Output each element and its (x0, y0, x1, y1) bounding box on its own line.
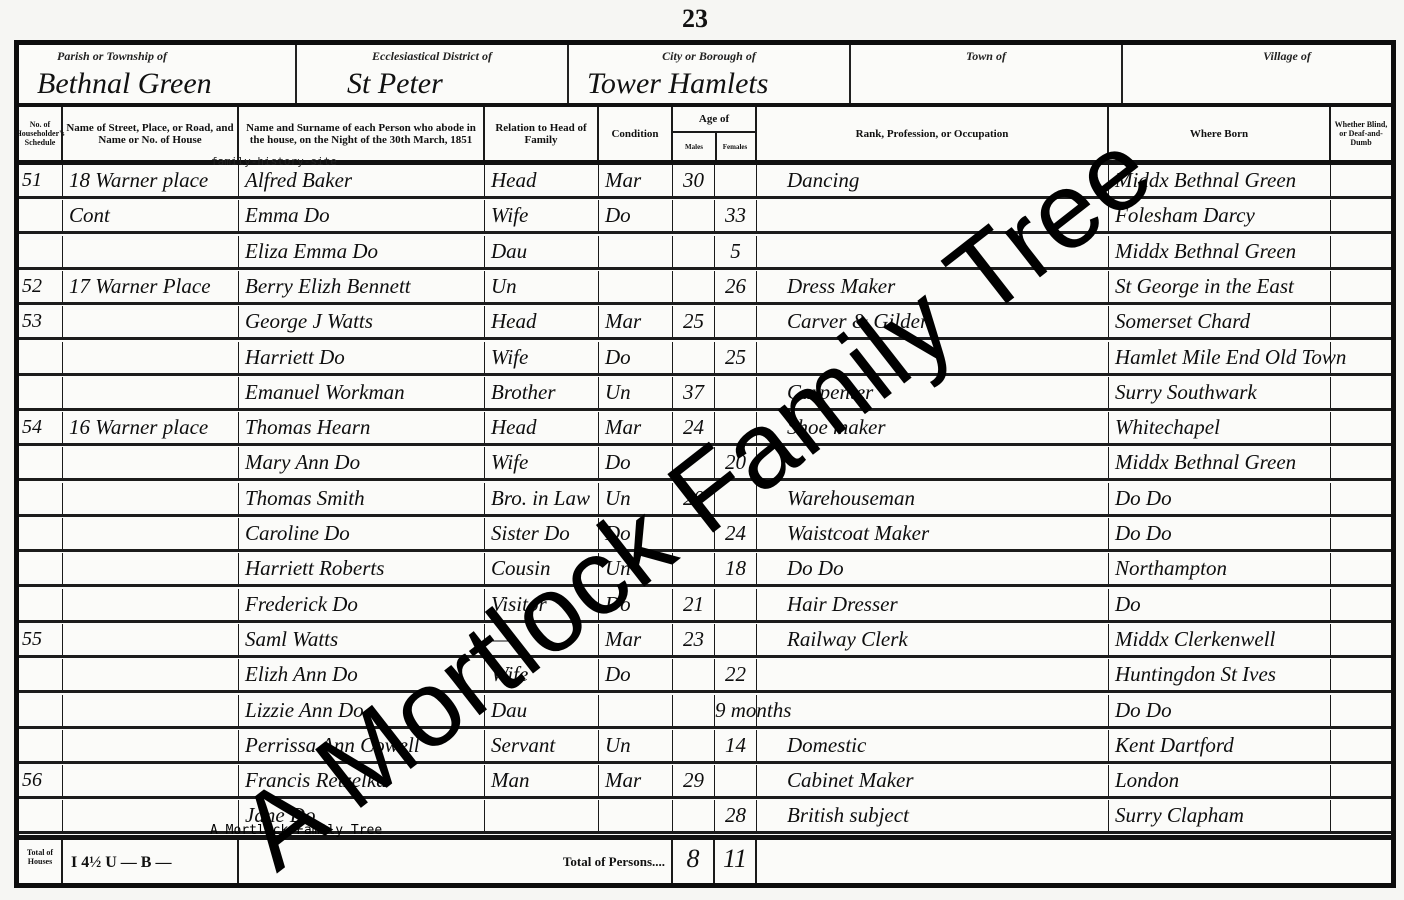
blind-deaf-cell (1331, 765, 1391, 796)
blind-deaf-cell (1331, 377, 1391, 408)
watermark-small: A Mortlock Family Tree (210, 823, 382, 838)
table-row: Mary Ann DoWifeDo20Middx Bethnal Green (19, 447, 1391, 481)
address-cell: Cont (63, 200, 239, 231)
address-cell (63, 730, 239, 761)
condition-cell: Do (599, 342, 673, 373)
table-row: 5217 Warner PlaceBerry Elizh BennettUn26… (19, 271, 1391, 305)
occupation-cell: Warehouseman (757, 483, 1109, 514)
address-cell (63, 377, 239, 408)
age-female-cell (715, 624, 757, 655)
schedule-number-cell (19, 553, 63, 584)
schedule-number-cell (19, 483, 63, 514)
col-blind-deaf: Whether Blind, or Deaf-and-Dumb (1331, 107, 1391, 160)
age-male-cell: 30 (673, 165, 715, 196)
person-name-cell: Frederick Do (239, 589, 485, 620)
condition-cell: Mar (599, 412, 673, 443)
occupation-cell: Cabinet Maker (757, 765, 1109, 796)
blind-deaf-cell (1331, 236, 1391, 267)
blind-deaf-cell (1331, 624, 1391, 655)
blind-deaf-cell (1331, 165, 1391, 196)
borough-label: City or Borough of (569, 49, 849, 64)
col-age-of: Age of (673, 107, 755, 133)
condition-cell: Mar (599, 306, 673, 337)
condition-cell: Do (599, 447, 673, 478)
condition-cell (599, 695, 673, 726)
occupation-cell: Shoe maker (757, 412, 1109, 443)
occupation-cell: Dancing (757, 165, 1109, 196)
village-cell: Village of (1123, 45, 1391, 103)
age-female-cell: 20 (715, 447, 757, 478)
where-born-cell: London (1109, 765, 1331, 796)
relation-to-head-cell: Servant (485, 730, 599, 761)
person-name-cell: Lizzie Ann Do (239, 695, 485, 726)
col-name: Name and Surname of each Person who abod… (239, 107, 485, 160)
address-cell (63, 624, 239, 655)
condition-cell: Do (599, 659, 673, 690)
schedule-number-cell (19, 447, 63, 478)
address-cell (63, 236, 239, 267)
occupation-cell (757, 695, 1109, 726)
age-male-cell (673, 800, 715, 831)
age-female-cell (715, 165, 757, 196)
footer-blank (757, 840, 1391, 883)
blind-deaf-cell (1331, 271, 1391, 302)
condition-cell: Mar (599, 765, 673, 796)
ecclesiastical-value: St Peter (347, 67, 443, 101)
age-female-cell (715, 589, 757, 620)
blind-deaf-cell (1331, 730, 1391, 761)
relation-to-head-cell (485, 800, 599, 831)
relation-to-head-cell: Wife (485, 447, 599, 478)
blind-deaf-cell (1331, 659, 1391, 690)
watermark-tiny: family-history-site (211, 155, 337, 168)
condition-cell: Un (599, 483, 673, 514)
age-female-cell: 9 months (715, 695, 757, 726)
age-female-cell: 14 (715, 730, 757, 761)
age-male-cell: 23 (673, 624, 715, 655)
where-born-cell: Surry Southwark (1109, 377, 1331, 408)
total-houses-label: Total of Houses (19, 840, 63, 883)
age-male-cell: 37 (673, 377, 715, 408)
col-where-born: Where Born (1109, 107, 1331, 160)
table-row: 53George J WattsHeadMar25Carver & Gilder… (19, 306, 1391, 340)
table-row: Emanuel WorkmanBrotherUn37CarpenterSurry… (19, 377, 1391, 411)
total-males: 8 (673, 840, 715, 883)
blind-deaf-cell (1331, 412, 1391, 443)
address-cell (63, 483, 239, 514)
person-name-cell: Perrissa Ann Cowell (239, 730, 485, 761)
blind-deaf-cell (1331, 518, 1391, 549)
occupation-cell: Carver & Gilder (757, 306, 1109, 337)
occupation-cell: Waistcoat Maker (757, 518, 1109, 549)
where-born-cell: Kent Dartford (1109, 730, 1331, 761)
occupation-cell: Hair Dresser (757, 589, 1109, 620)
age-female-cell (715, 483, 757, 514)
schedule-number-cell: 55 (19, 624, 63, 655)
condition-cell: Un (599, 553, 673, 584)
age-female-cell: 33 (715, 200, 757, 231)
age-male-cell (673, 200, 715, 231)
total-females: 11 (715, 840, 757, 883)
col-age: Age of Males Females (673, 107, 757, 160)
age-male-cell (673, 342, 715, 373)
occupation-cell (757, 342, 1109, 373)
relation-to-head-cell: Head (485, 306, 599, 337)
town-cell: Town of (851, 45, 1123, 103)
col-age-males: Males (673, 133, 717, 160)
schedule-number-cell (19, 342, 63, 373)
table-row: 55Saml Watts—Mar23Railway ClerkMiddx Cle… (19, 624, 1391, 658)
condition-cell: Do (599, 589, 673, 620)
schedule-number-cell (19, 659, 63, 690)
occupation-cell: Carpenter (757, 377, 1109, 408)
schedule-number-cell (19, 200, 63, 231)
district-band: Parish or Township of Bethnal Green Eccl… (19, 45, 1391, 107)
blind-deaf-cell (1331, 306, 1391, 337)
blind-deaf-cell (1331, 695, 1391, 726)
occupation-cell: Dress Maker (757, 271, 1109, 302)
age-male-cell (673, 236, 715, 267)
where-born-cell: St George in the East (1109, 271, 1331, 302)
person-name-cell: Caroline Do (239, 518, 485, 549)
schedule-number-cell (19, 695, 63, 726)
person-name-cell: George J Watts (239, 306, 485, 337)
relation-to-head-cell: Wife (485, 659, 599, 690)
age-male-cell (673, 659, 715, 690)
age-female-cell: 24 (715, 518, 757, 549)
person-name-cell: Mary Ann Do (239, 447, 485, 478)
schedule-number-cell: 52 (19, 271, 63, 302)
schedule-number-cell (19, 236, 63, 267)
blind-deaf-cell (1331, 200, 1391, 231)
relation-to-head-cell: Un (485, 271, 599, 302)
totals-row: Total of Houses I 4½ U — B — Total of Pe… (19, 835, 1391, 883)
where-born-cell: Hamlet Mile End Old Town (1109, 342, 1331, 373)
schedule-number-cell (19, 589, 63, 620)
condition-cell: Mar (599, 165, 673, 196)
address-cell (63, 589, 239, 620)
age-male-cell: 25 (673, 306, 715, 337)
page-number: 23 (682, 4, 708, 34)
age-female-cell: 5 (715, 236, 757, 267)
schedule-number-cell (19, 800, 63, 831)
age-male-cell (673, 695, 715, 726)
person-name-cell: Berry Elizh Bennett (239, 271, 485, 302)
col-occupation: Rank, Profession, or Occupation (757, 107, 1109, 160)
where-born-cell: Middx Bethnal Green (1109, 447, 1331, 478)
where-born-cell: Middx Clerkenwell (1109, 624, 1331, 655)
blind-deaf-cell (1331, 483, 1391, 514)
where-born-cell: Middx Bethnal Green (1109, 165, 1331, 196)
address-cell (63, 765, 239, 796)
relation-to-head-cell: Brother (485, 377, 599, 408)
relation-to-head-cell: Wife (485, 342, 599, 373)
where-born-cell: Folesham Darcy (1109, 200, 1331, 231)
relation-to-head-cell: Head (485, 412, 599, 443)
relation-to-head-cell: Dau (485, 695, 599, 726)
ecclesiastical-label: Ecclesiastical District of (297, 49, 567, 64)
blind-deaf-cell (1331, 447, 1391, 478)
where-born-cell: Do Do (1109, 483, 1331, 514)
col-address: Name of Street, Place, or Road, and Name… (63, 107, 239, 160)
schedule-number-cell: 56 (19, 765, 63, 796)
relation-to-head-cell: Wife (485, 200, 599, 231)
age-male-cell (673, 730, 715, 761)
table-row: Frederick DoVisitorDo21Hair DresserDo (19, 589, 1391, 623)
person-name-cell: Thomas Smith (239, 483, 485, 514)
schedule-number-cell: 54 (19, 412, 63, 443)
where-born-cell: Somerset Chard (1109, 306, 1331, 337)
age-female-cell: 18 (715, 553, 757, 584)
occupation-cell: Do Do (757, 553, 1109, 584)
relation-to-head-cell: Sister Do (485, 518, 599, 549)
occupation-cell: British subject (757, 800, 1109, 831)
person-name-cell: Thomas Hearn (239, 412, 485, 443)
where-born-cell: Whitechapel (1109, 412, 1331, 443)
address-cell (63, 518, 239, 549)
schedule-number-cell (19, 518, 63, 549)
table-row: 5416 Warner placeThomas HearnHeadMar24Sh… (19, 412, 1391, 446)
total-persons-label: Total of Persons.... (239, 840, 673, 883)
address-cell (63, 447, 239, 478)
schedule-number-cell (19, 730, 63, 761)
table-row: Lizzie Ann DoDau9 monthsDo Do (19, 695, 1391, 729)
address-cell (63, 553, 239, 584)
col-schedule: No. of Householder's Schedule (19, 107, 63, 160)
address-cell (63, 342, 239, 373)
table-row: Perrissa Ann CowellServantUn14DomesticKe… (19, 730, 1391, 764)
total-houses-value: I 4½ U — B — (63, 840, 239, 883)
address-cell (63, 306, 239, 337)
person-name-cell: Eliza Emma Do (239, 236, 485, 267)
age-female-cell: 26 (715, 271, 757, 302)
relation-to-head-cell: Head (485, 165, 599, 196)
occupation-cell (757, 659, 1109, 690)
person-name-cell: Alfred Baker (239, 165, 485, 196)
relation-to-head-cell: Dau (485, 236, 599, 267)
ecclesiastical-cell: Ecclesiastical District of St Peter (297, 45, 569, 103)
age-male-cell (673, 518, 715, 549)
age-male-cell: 29 (673, 765, 715, 796)
age-male-cell (673, 271, 715, 302)
address-cell (63, 659, 239, 690)
borough-cell: City or Borough of Tower Hamlets (569, 45, 851, 103)
person-name-cell: Saml Watts (239, 624, 485, 655)
age-female-cell: 25 (715, 342, 757, 373)
relation-to-head-cell: Cousin (485, 553, 599, 584)
table-row: Caroline DoSister DoDo24Waistcoat MakerD… (19, 518, 1391, 552)
blind-deaf-cell (1331, 589, 1391, 620)
blind-deaf-cell (1331, 342, 1391, 373)
age-female-cell: 28 (715, 800, 757, 831)
age-male-cell (673, 553, 715, 584)
condition-cell: Mar (599, 624, 673, 655)
where-born-cell: Surry Clapham (1109, 800, 1331, 831)
address-cell: 17 Warner Place (63, 271, 239, 302)
age-male-cell: 20 (673, 483, 715, 514)
age-male-cell: 24 (673, 412, 715, 443)
table-row: Thomas SmithBro. in LawUn20WarehousemanD… (19, 483, 1391, 517)
where-born-cell: Do (1109, 589, 1331, 620)
schedule-number-cell: 51 (19, 165, 63, 196)
person-name-cell: Elizh Ann Do (239, 659, 485, 690)
table-row: 56Francis RetzelkaManMar29Cabinet MakerL… (19, 765, 1391, 799)
condition-cell: Un (599, 730, 673, 761)
where-born-cell: Middx Bethnal Green (1109, 236, 1331, 267)
schedule-number-cell: 53 (19, 306, 63, 337)
condition-cell: Do (599, 518, 673, 549)
table-row: Eliza Emma DoDau5Middx Bethnal Green (19, 236, 1391, 270)
address-cell: 18 Warner place (63, 165, 239, 196)
where-born-cell: Do Do (1109, 518, 1331, 549)
col-age-females: Females (715, 133, 755, 160)
address-cell (63, 695, 239, 726)
parish-label: Parish or Township of (0, 49, 295, 64)
person-name-cell: Emma Do (239, 200, 485, 231)
blind-deaf-cell (1331, 553, 1391, 584)
relation-to-head-cell: Man (485, 765, 599, 796)
person-name-cell: Francis Retzelka (239, 765, 485, 796)
age-male-cell (673, 447, 715, 478)
village-label: Village of (1183, 49, 1391, 64)
occupation-cell: Railway Clerk (757, 624, 1109, 655)
age-female-cell (715, 306, 757, 337)
person-name-cell: Harriett Do (239, 342, 485, 373)
condition-cell (599, 236, 673, 267)
table-row: Harriett DoWifeDo25Hamlet Mile End Old T… (19, 342, 1391, 376)
parish-value: Bethnal Green (37, 67, 212, 101)
borough-value: Tower Hamlets (587, 67, 768, 101)
condition-cell: Un (599, 377, 673, 408)
where-born-cell: Huntingdon St Ives (1109, 659, 1331, 690)
condition-cell (599, 271, 673, 302)
table-row: ContEmma DoWifeDo33Folesham Darcy (19, 200, 1391, 234)
person-name-cell: Harriett Roberts (239, 553, 485, 584)
age-female-cell: 22 (715, 659, 757, 690)
age-female-cell (715, 765, 757, 796)
person-name-cell: Emanuel Workman (239, 377, 485, 408)
table-row: Harriett RobertsCousinUn18Do DoNorthampt… (19, 553, 1391, 587)
address-cell: 16 Warner place (63, 412, 239, 443)
age-female-cell (715, 377, 757, 408)
age-male-cell: 21 (673, 589, 715, 620)
occupation-cell: Domestic (757, 730, 1109, 761)
parish-cell: Parish or Township of Bethnal Green (19, 45, 297, 103)
where-born-cell: Northampton (1109, 553, 1331, 584)
col-relation: Relation to Head of Family (485, 107, 599, 160)
occupation-cell (757, 200, 1109, 231)
occupation-cell (757, 447, 1109, 478)
relation-to-head-cell: Bro. in Law (485, 483, 599, 514)
relation-to-head-cell: Visitor (485, 589, 599, 620)
town-label: Town of (851, 49, 1121, 64)
condition-cell (599, 800, 673, 831)
condition-cell: Do (599, 200, 673, 231)
blind-deaf-cell (1331, 800, 1391, 831)
where-born-cell: Do Do (1109, 695, 1331, 726)
table-row: 5118 Warner placeAlfred BakerHeadMar30Da… (19, 165, 1391, 199)
table-row: Elizh Ann DoWifeDo22Huntingdon St Ives (19, 659, 1391, 693)
schedule-number-cell (19, 377, 63, 408)
relation-to-head-cell: — (485, 624, 599, 655)
age-female-cell (715, 412, 757, 443)
col-condition: Condition (599, 107, 673, 160)
occupation-cell (757, 236, 1109, 267)
